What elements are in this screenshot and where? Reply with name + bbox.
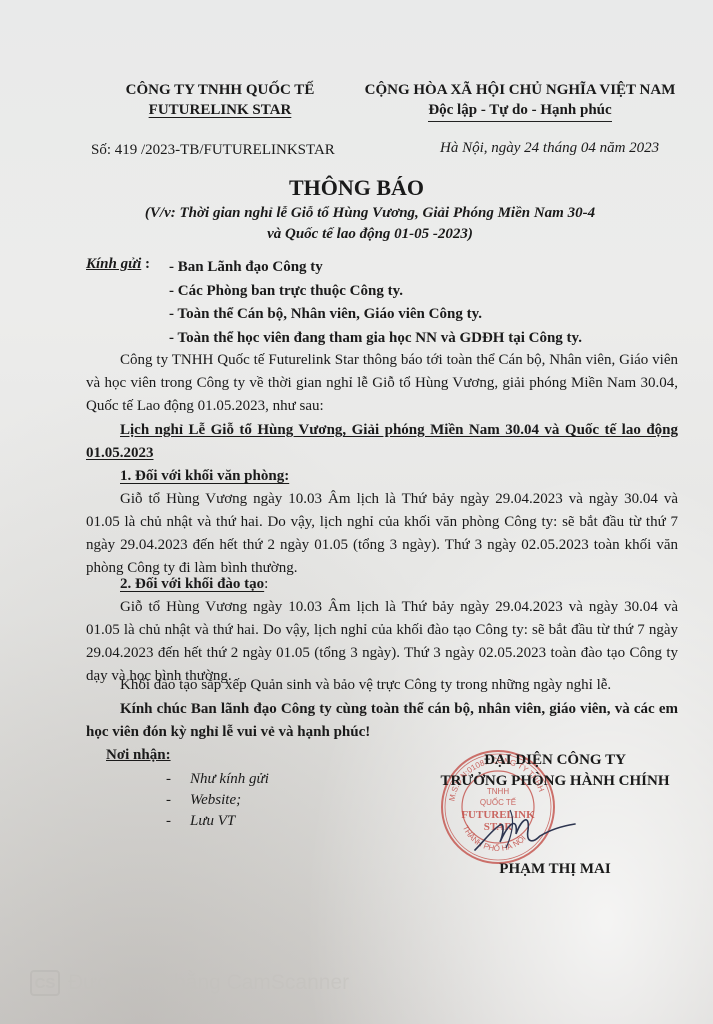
date-line: Hà Nội, ngày 24 tháng 04 năm 2023 (440, 140, 659, 157)
section-office-title-wrap: 1. Đối với khối văn phòng: (86, 465, 678, 488)
motto-wrap: Độc lập - Tự do - Hạnh phúc (355, 100, 685, 122)
national-header: CỘNG HÒA XÃ HỘI CHỦ NGHĨA VIỆT NAM Độc l… (355, 80, 685, 122)
addressee-item: - Các Phòng ban trực thuộc Công ty. (169, 280, 582, 304)
addressee-item: - Toàn thể học viên đang tham gia học NN… (169, 327, 582, 351)
company-name-line2-wrap: FUTURELINK STAR (90, 100, 350, 120)
schedule-heading-text: Lịch nghỉ Lễ Giỗ tổ Hùng Vương, Giải phó… (86, 422, 678, 461)
cc-item: -Như kính gửi (166, 769, 269, 790)
signer-name: PHẠM THỊ MAI (405, 859, 705, 880)
subject-line-2: và Quốc tế lao động 01-05 -2023) (100, 224, 640, 245)
section-training: 2. Đối với khối đào tạo: Giỗ tổ Hùng Vươ… (86, 573, 678, 688)
handwritten-signature-icon (470, 800, 580, 860)
subject-line-1: (V/v: Thời gian nghỉ lễ Giỗ tổ Hùng Vươn… (100, 203, 640, 224)
addressee-item: - Ban Lãnh đạo Công ty (169, 256, 582, 280)
cc-label: Nơi nhận: (106, 747, 171, 764)
document-number: Số: 419 /2023-TB/FUTURELINKSTAR (91, 142, 335, 159)
national-motto: Độc lập - Tự do - Hạnh phúc (428, 100, 611, 122)
cc-item: -Lưu VT (166, 811, 269, 832)
schedule-heading: Lịch nghỉ Lễ Giỗ tổ Hùng Vương, Giải phó… (86, 419, 678, 465)
cc-item-text: Như kính gửi (190, 771, 269, 787)
cc-item-text: Website; (190, 792, 241, 808)
section-training-title: 2. Đối với khối đào tạo (120, 576, 264, 592)
cc-list: -Như kính gửi -Website; -Lưu VT (166, 769, 269, 832)
national-title: CỘNG HÒA XÃ HỘI CHỦ NGHĨA VIỆT NAM (355, 80, 685, 100)
watermark-text: Được quét bằng CamScanner (68, 971, 349, 995)
addressee-list: - Ban Lãnh đạo Công ty - Các Phòng ban t… (169, 256, 582, 350)
cc-item: -Website; (166, 790, 269, 811)
company-name-line1: CÔNG TY TNHH QUỐC TẾ (90, 80, 350, 100)
signature-title-1: ĐẠI DIỆN CÔNG TY (405, 750, 705, 771)
cc-item-text: Lưu VT (190, 813, 235, 829)
addressee-label: Kính gửi (86, 256, 141, 273)
section-training-title-wrap: 2. Đối với khối đào tạo: (86, 573, 678, 596)
cc-dash: - (166, 811, 190, 832)
section-office-text: Giỗ tổ Hùng Vương ngày 10.03 Âm lịch là … (86, 488, 678, 580)
duty-note: Khối đào tạo sắp xếp Quản sinh và bảo vệ… (86, 674, 678, 697)
addressee-item: - Toàn thể Cán bộ, Nhân viên, Giáo viên … (169, 303, 582, 327)
camscanner-logo-icon: CS (30, 970, 60, 996)
company-name-line2: FUTURELINK STAR (149, 102, 292, 118)
section-office-title: 1. Đối với khối văn phòng: (120, 468, 289, 484)
cc-dash: - (166, 769, 190, 790)
intro-paragraph: Công ty TNHH Quốc tế Futurelink Star thô… (86, 349, 678, 418)
section-training-colon: : (264, 576, 268, 592)
section-office: 1. Đối với khối văn phòng: Giỗ tổ Hùng V… (86, 465, 678, 580)
document-subject: (V/v: Thời gian nghỉ lễ Giỗ tổ Hùng Vươn… (100, 203, 640, 245)
wishes-paragraph: Kính chúc Ban lãnh đạo Công ty cùng toàn… (86, 698, 678, 744)
document-title: THÔNG BÁO (0, 175, 713, 201)
company-header: CÔNG TY TNHH QUỐC TẾ FUTURELINK STAR (90, 80, 350, 120)
addressee-colon: : (145, 256, 150, 273)
camscanner-watermark: CS Được quét bằng CamScanner (30, 970, 349, 996)
signature-title-2: TRƯỞNG PHÒNG HÀNH CHÍNH (405, 771, 705, 792)
cc-dash: - (166, 790, 190, 811)
